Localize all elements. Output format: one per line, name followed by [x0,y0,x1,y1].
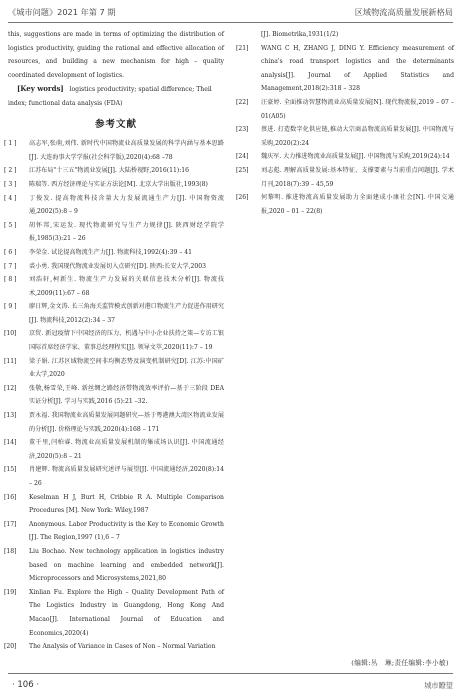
reference-item: [ 1 ]高志军,张萌,刘伟. 新时代中国物流业高质量发展的科学内涵与基本思路[… [8,137,224,164]
reference-number: [ 7 ] [4,260,26,274]
reference-item: [ 6 ]李荣金. 试论提高物流生产力[J]. 物流科技,1992(4):39 … [8,246,224,260]
reference-number: [19] [4,586,26,600]
reference-item: [ 2 ]江苏布局"十三五"物流业发展[J]. 大陆桥视野,2016(11):1… [8,164,224,178]
reference-text: 陈瑞等. 西方经济理论与实证方法论[M]. 北京大学出版社,1993(8) [29,181,208,188]
reference-number: [ 6 ] [4,246,26,260]
reference-item: [24]魏庆军. 大力推进物流业高质量发展[J]. 中国物流与采购,2019(2… [240,150,454,164]
reference-text: 汪豪婷. 全面推动智慧物流业高质量发展[N]. 现代物流报,2019 – 07 … [261,99,454,120]
reference-text: 胡怀邦,宋运发. 现代物流研究与生产力规律[J]. 陕西财经学院学报,1985(… [29,222,224,243]
reference-number: [ 1 ] [4,137,26,151]
references-list-right: [21]WANG C H, ZHANG J, DING Y. Efficienc… [240,42,454,219]
keywords-label: [Key words] [17,84,64,93]
reference-item: [12]张敬,杨雪荣,王峰. 新丝绸之路经济带物流效率评价—基于三阶段 DEA … [8,382,224,409]
reference-number: [23] [236,123,258,137]
reference-text: Anonymous. Labor Productivity is the Key… [29,521,224,542]
reference-text: 裘小勇. 我国现代物流业发展切入点研究[D]. 陕西:长安大学,2003 [29,263,206,270]
reference-item: [ 7 ]裘小勇. 我国现代物流业发展切入点研究[D]. 陕西:长安大学,200… [8,260,224,274]
reference-item: [13]贾永福. 我国物流业高质量发展问题研究—基于粤港澳大湾区物流业发展的分析… [8,409,224,436]
reference-item: [ 3 ]陈瑞等. 西方经济理论与实证方法论[M]. 北京大学出版社,1993(… [8,178,224,192]
reference-item: [ 5 ]胡怀邦,宋运发. 现代物流研究与生产力规律[J]. 陕西财经学院学报,… [8,219,224,246]
reference-number: [18] [4,545,26,559]
reference-number: [ 3 ] [4,178,26,192]
reference-text: WANG C H, ZHANG J, DING Y. Efficiency me… [261,45,454,93]
reference-text: 刘志彪. 理解高质量发展:基本特征、支撑要素与当前重点问题[J]. 学术月刊,2… [261,167,454,188]
running-header: 《城市问题》2021 年第 7 期 区域物流高质量发展新格局 [8,4,453,23]
reference-text: The Analysis of Variance in Cases of Non… [29,643,216,650]
reference-number: [25] [236,164,258,178]
section-title: 区域物流高质量发展新格局 [355,7,453,18]
keywords: [Key words] logistics productivity; spat… [8,82,224,110]
reference-text: Keselman H J, Burt H, Cribbie R A. Multi… [29,494,224,515]
reference-number: [16] [4,491,26,505]
reference-item: [17]Anonymous. Labor Productivity is the… [8,518,224,545]
reference-number: [22] [236,96,258,110]
reference-text: [J]. Biometrika,1931(1/2) [261,31,338,38]
reference-number: [10] [4,327,26,341]
reference-number: [24] [236,150,258,164]
reference-text: 李荣金. 试论提高物流生产力[J]. 物流科技,1992(4):39 – 41 [29,249,192,256]
reference-item: [22]汪豪婷. 全面推动智慧物流业高质量发展[N]. 现代物流报,2019 –… [240,96,454,123]
reference-item: [11]梁子娟. 江苏区域物流空间非均衡态势及演变机制研究[D]. 江苏:中国矿… [8,355,224,382]
reference-text: 丁俊发. 提高物流科技含量大力发展流通生产力[J]. 中国物资流通,2002(5… [29,195,224,216]
reference-text: 肖建辉. 物流高质量发展研究述评与展望[J]. 中国流通经济,2020(8):1… [29,466,224,487]
reference-number: [ 8 ] [4,273,26,287]
reference-number: [12] [4,382,26,396]
left-column: this, suggestions are made in terms of o… [8,28,224,654]
reference-item: [ 4 ]丁俊发. 提高物流科技含量大力发展流通生产力[J]. 中国物资流通,2… [8,192,224,219]
right-column: [J]. Biometrika,1931(1/2) [21]WANG C H, … [240,28,454,218]
reference-item: [16]Keselman H J, Burt H, Cribbie R A. M… [8,491,224,518]
reference-text: Xinlian Fu. Explore the High – Quality D… [29,589,224,637]
reference-number: [13] [4,409,26,423]
reference-item: [23]蔡进. 打造数字化供应链,推动大宗商品物流高质量发展[J]. 中国物流与… [240,123,454,150]
reference-text: 江苏布局"十三五"物流业发展[J]. 大陆桥视野,2016(11):16 [29,167,189,174]
reference-number: [ 2 ] [4,164,26,178]
reference-number: [26] [236,191,258,205]
reference-item: [19]Xinlian Fu. Explore the High – Quali… [8,586,224,640]
reference-text: 梁子娟. 江苏区域物流空间非均衡态势及演变机制研究[D]. 江苏:中国矿业大学,… [29,358,224,379]
reference-item: [21]WANG C H, ZHANG J, DING Y. Efficienc… [240,42,454,96]
reference-number: [ 5 ] [4,219,26,233]
reference-item: [18]Liu Bochao. New technology applicati… [8,545,224,586]
reference-item: [25]刘志彪. 理解高质量发展:基本特征、支撑要素与当前重点问题[J]. 学术… [240,164,454,191]
reference-number: [20] [4,640,26,654]
reference-text: Liu Bochao. New technology application i… [29,548,224,582]
reference-item: [ 8 ]刘浩轩,柯新生. 物流生产力发展的关联信息技术分析[J]. 物流技术,… [8,273,224,300]
reference-text: 蔡进. 打造数字化供应链,推动大宗商品物流高质量发展[J]. 中国物流与采购,2… [261,126,454,147]
reference-number: [21] [236,42,258,56]
journal-name: 城市瞭望 [424,681,453,691]
editor-note: (编辑:丛 琳;责任编辑:李小敏) [351,657,449,667]
reference-text: 刘浩轩,柯新生. 物流生产力发展的关联信息技术分析[J]. 物流技术,2009(… [29,276,224,297]
footer-divider [8,673,453,674]
reference-item: [10]京贸. 新冠疫情下中国经济的压力、机遇与中小企业扶持之策—专访工银国际首… [8,327,224,354]
reference-continuation: [J]. Biometrika,1931(1/2) [240,28,454,42]
abstract-tail: this, suggestions are made in terms of o… [8,28,224,82]
reference-number: [11] [4,355,26,369]
reference-text: 张敬,杨雪荣,王峰. 新丝绸之路经济带物流效率评价—基于三阶段 DEA 实证分析… [29,385,224,406]
reference-number: [15] [4,463,26,477]
reference-item: [26]何黎明. 推进物流高质量发展助力全面建成小康社会[N]. 中国交通报,2… [240,191,454,218]
reference-number: [ 4 ] [4,192,26,206]
reference-text: 高志军,张萌,刘伟. 新时代中国物流业高质量发展的科学内涵与基本思路[J]. 大… [29,140,224,161]
reference-number: [17] [4,518,26,532]
references-title: 参考文献 [8,118,224,132]
reference-text: 魏庆军. 大力推进物流业高质量发展[J]. 中国物流与采购,2019(24):1… [261,153,450,160]
references-list-left: [ 1 ]高志军,张萌,刘伟. 新时代中国物流业高质量发展的科学内涵与基本思路[… [8,137,224,654]
reference-text: 京贸. 新冠疫情下中国经济的压力、机遇与中小企业扶持之策—专访工银国际首席经济学… [29,330,224,351]
reference-text: 贾永福. 我国物流业高质量发展问题研究—基于粤港澳大湾区物流业发展的分析[J].… [29,412,224,433]
reference-text: 董千里,闫柏睿. 物流业高质量发展机制的集成场认识[J]. 中国流通经济,202… [29,439,224,460]
reference-number: [ 9 ] [4,300,26,314]
journal-issue: 《城市问题》2021 年第 7 期 [8,7,116,18]
reference-item: [20]The Analysis of Variance in Cases of… [8,640,224,654]
reference-number: [14] [4,436,26,450]
reference-item: [15]肖建辉. 物流高质量发展研究述评与展望[J]. 中国流通经济,2020(… [8,463,224,490]
reference-text: 何黎明. 推进物流高质量发展助力全面建成小康社会[N]. 中国交通报,2020 … [261,194,454,215]
reference-text: 廖日辉,金文涛. 长三角海关监管模式创新对港口物流生产力促进作用研究[J]. 物… [29,303,224,324]
reference-item: [14]董千里,闫柏睿. 物流业高质量发展机制的集成场认识[J]. 中国流通经济… [8,436,224,463]
reference-item: [ 9 ]廖日辉,金文涛. 长三角海关监管模式创新对港口物流生产力促进作用研究[… [8,300,224,327]
page-number: · 106 · [12,680,39,690]
